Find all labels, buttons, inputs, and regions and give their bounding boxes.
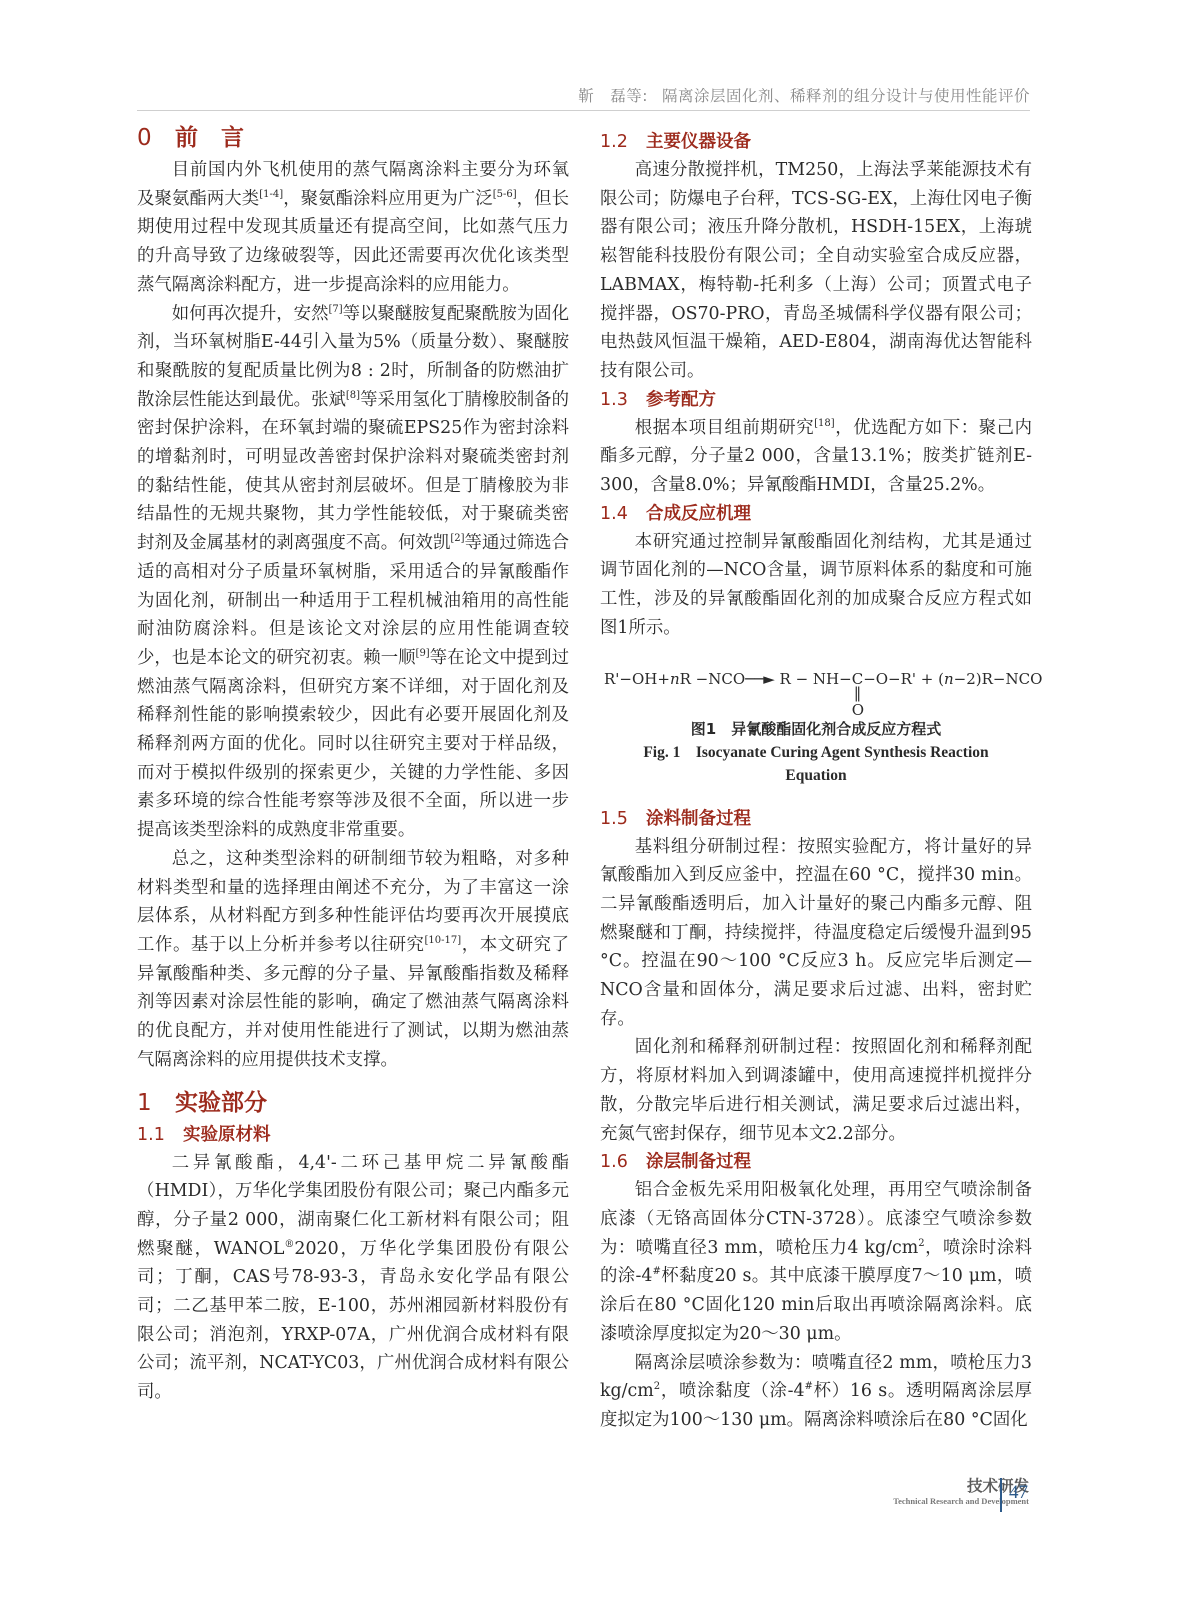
subsection-heading-mechanism: 1.4合成反应机理 xyxy=(600,500,1032,528)
subsection-number: 1.4 xyxy=(600,500,646,528)
paragraph: 本研究通过控制异氰酸酯固化剂结构，尤其是通过调节固化剂的—NCO含量，调节原料体… xyxy=(600,528,1032,643)
subsection-title: 参考配方 xyxy=(646,390,716,410)
running-head-title: 隔离涂层固化剂、稀释剂的组分设计与使用性能评价 xyxy=(662,87,1030,105)
section-number: 0 xyxy=(137,122,175,154)
left-column: 0前 言 目前国内外飞机使用的蒸气隔离涂料主要分为环氧及聚氨酯两大类[1-4]，… xyxy=(137,122,569,1407)
subsection-number: 1.1 xyxy=(137,1121,183,1149)
citation[interactable]: [1-4] xyxy=(259,189,283,200)
page-number: 47 xyxy=(1009,1482,1028,1504)
running-head-author: 靳 磊等: xyxy=(578,87,648,105)
subsection-title: 涂层制备过程 xyxy=(646,1152,751,1172)
subsection-number: 1.3 xyxy=(600,386,646,414)
reaction-equation: R'−OH+nR −NCO──► R − NH−C‖O−O−R' + (n−2)… xyxy=(600,669,1032,689)
figure-caption-en: Fig. 1 Isocyanate Curing Agent Synthesis… xyxy=(600,741,1032,787)
citation[interactable]: [18] xyxy=(814,418,835,429)
figure-1: R'−OH+nR −NCO──► R − NH−C‖O−O−R' + (n−2)… xyxy=(600,669,1032,787)
section-title: 实验部分 xyxy=(175,1090,267,1116)
section-title: 前 言 xyxy=(175,125,244,151)
subsection-title: 实验原材料 xyxy=(183,1125,271,1145)
citation[interactable]: [9] xyxy=(416,648,430,659)
paragraph: 根据本项目组前期研究[18]，优选配方如下：聚己内酯多元醇，分子量2 000，含… xyxy=(600,414,1032,500)
paragraph: 如何再次提升，安然[7]等以聚醚胺复配聚酰胺为固化剂，当环氧树脂E-44引入量为… xyxy=(137,300,569,845)
subsection-number: 1.6 xyxy=(600,1148,646,1176)
paragraph: 铝合金板先采用阳极氧化处理，再用空气喷涂制备底漆（无铬高固体分CTN-3728）… xyxy=(600,1176,1032,1348)
registered-mark: ® xyxy=(284,1239,294,1250)
subsection-heading-reference-formula: 1.3参考配方 xyxy=(600,386,1032,414)
subsection-heading-coating-preparation: 1.5涂料制备过程 xyxy=(600,805,1032,833)
paragraph: 高速分散搅拌机，TM250，上海法孚莱能源技术有限公司；防爆电子台秤，TCS-S… xyxy=(600,156,1032,386)
section-heading-preface: 0前 言 xyxy=(137,122,569,154)
citation[interactable]: [10-17] xyxy=(425,935,462,946)
right-column: 1.2主要仪器设备 高速分散搅拌机，TM250，上海法孚莱能源技术有限公司；防爆… xyxy=(600,122,1032,1435)
subsection-title: 合成反应机理 xyxy=(646,504,751,524)
running-head: 靳 磊等:隔离涂层固化剂、稀释剂的组分设计与使用性能评价 xyxy=(137,84,1030,106)
paragraph: 固化剂和稀释剂研制过程：按照固化剂和稀释剂配方，将原材料加入到调漆罐中，使用高速… xyxy=(600,1033,1032,1148)
footer-divider xyxy=(1000,1478,1002,1512)
citation[interactable]: [5-6] xyxy=(493,189,517,200)
paragraph: 基料组分研制过程：按照实验配方，将计量好的异氰酸酯加入到反应釜中，控温在60 °… xyxy=(600,833,1032,1034)
citation[interactable]: [7] xyxy=(328,304,342,315)
section-heading-experimental: 1实验部分 xyxy=(137,1087,569,1119)
section-number: 1 xyxy=(137,1087,175,1119)
paragraph: 目前国内外飞机使用的蒸气隔离涂料主要分为环氧及聚氨酯两大类[1-4]，聚氨酯涂料… xyxy=(137,156,569,300)
reaction-arrow: ──► xyxy=(745,670,775,688)
figure-caption-cn: 图1 异氰酸酯固化剂合成反应方程式 xyxy=(600,717,1032,741)
carbonyl-group: C‖O xyxy=(852,669,863,689)
citation[interactable]: [8] xyxy=(346,390,360,401)
header-divider xyxy=(137,110,1030,111)
subsection-heading-materials: 1.1实验原材料 xyxy=(137,1121,569,1149)
paragraph: 总之，这种类型涂料的研制细节较为粗略，对多种材料类型和量的选择理由阐述不充分，为… xyxy=(137,845,569,1075)
subsection-title: 涂料制备过程 xyxy=(646,809,751,829)
paragraph: 二异氰酸酯，4,4'-二环己基甲烷二异氰酸酯（HMDI），万华化学集团股份有限公… xyxy=(137,1149,569,1407)
subsection-number: 1.5 xyxy=(600,805,646,833)
subsection-heading-instruments: 1.2主要仪器设备 xyxy=(600,128,1032,156)
subsection-heading-layer-preparation: 1.6涂层制备过程 xyxy=(600,1148,1032,1176)
citation[interactable]: [2] xyxy=(450,533,464,544)
subsection-number: 1.2 xyxy=(600,128,646,156)
paragraph: 隔离涂层喷涂参数为：喷嘴直径2 mm，喷枪压力3 kg/cm2，喷涂黏度（涂-4… xyxy=(600,1349,1032,1435)
subsection-title: 主要仪器设备 xyxy=(646,132,751,152)
